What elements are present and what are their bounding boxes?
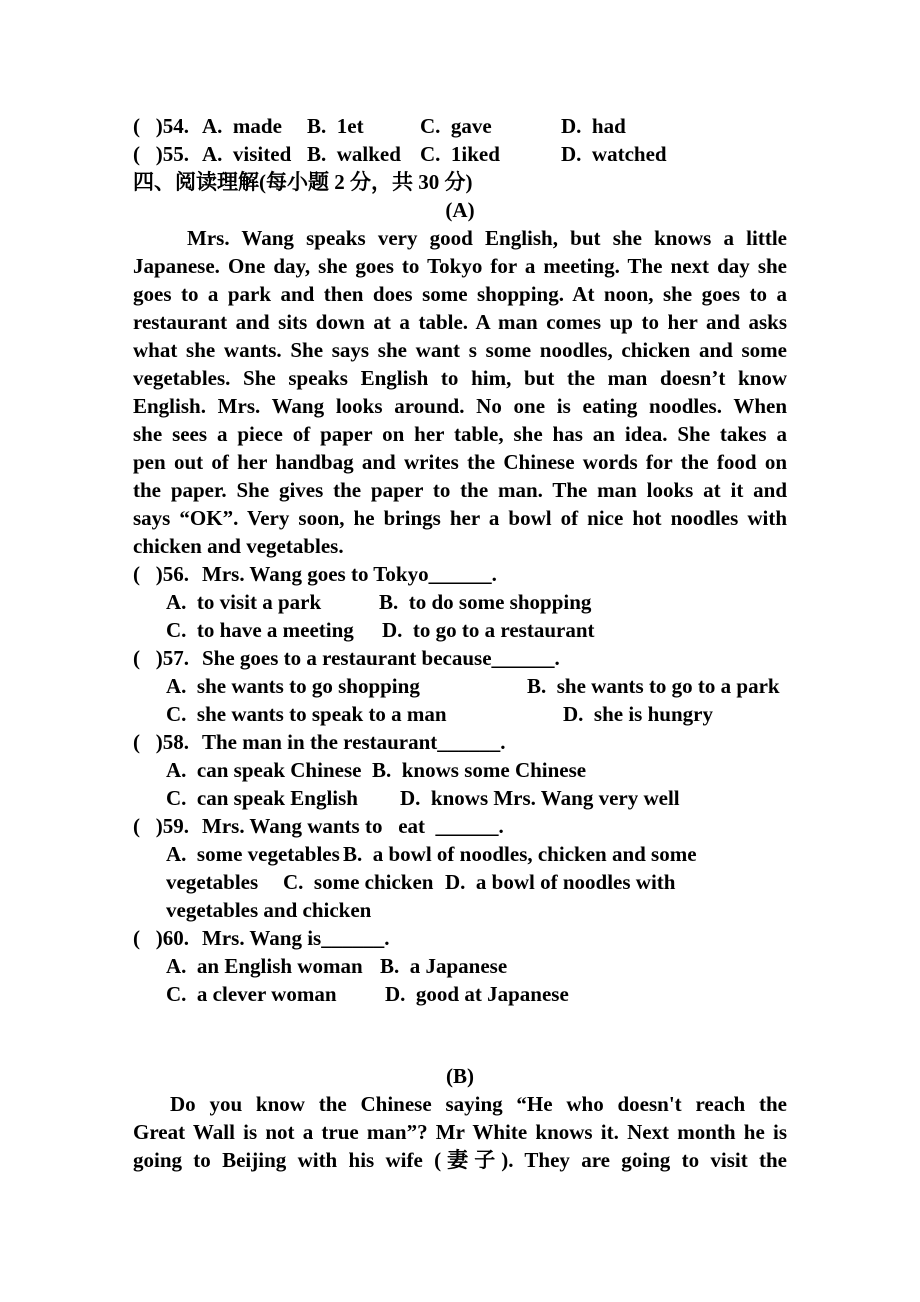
q60-option-b: B. a Japanese xyxy=(380,952,507,980)
q59-option-b-continued: vegetables xyxy=(166,868,258,896)
q59-number: ( )59. xyxy=(133,812,189,840)
q59-options-line3: vegetables and chicken xyxy=(133,896,787,924)
q60-number: ( )60. xyxy=(133,924,189,952)
q56-option-c: C. to have a meeting xyxy=(166,616,354,644)
q59-stem: Mrs. Wang wants to eat ______. xyxy=(202,812,504,840)
q58-options-cd: C. can speak English D. knows Mrs. Wang … xyxy=(133,784,787,812)
q54-option-b: B. 1et xyxy=(307,112,364,140)
passage-b-line: Do you know the Chinese saying “He who d… xyxy=(133,1090,787,1118)
passage-a-line: Japanese. One day, she goes to Tokyo for… xyxy=(133,252,787,280)
q59-option-d: D. a bowl of noodles with xyxy=(445,868,675,896)
passage-a-label: (A) xyxy=(133,196,787,224)
q58-stem: The man in the restaurant______. xyxy=(202,728,506,756)
q58-option-a: A. can speak Chinese xyxy=(166,756,361,784)
passage-a-line: she sees a piece of paper on her table, … xyxy=(133,420,787,448)
q57-options-cd: C. she wants to speak to a man D. she is… xyxy=(133,700,787,728)
q58-option-c: C. can speak English xyxy=(166,784,358,812)
question-56-stem-row: ( )56. Mrs. Wang goes to Tokyo______. xyxy=(133,560,787,588)
q55-option-a: A. visited xyxy=(202,140,291,168)
q55-option-d: D. watched xyxy=(561,140,667,168)
q57-option-a: A. she wants to go shopping xyxy=(166,672,420,700)
passage-a-line: goes to a park and then does some shoppi… xyxy=(133,280,787,308)
q55-option-c: C. 1iked xyxy=(420,140,500,168)
q60-option-d: D. good at Japanese xyxy=(385,980,569,1008)
passage-a-line: Mrs. Wang speaks very good English, but … xyxy=(133,224,787,252)
q57-stem: She goes to a restaurant because______. xyxy=(202,644,560,672)
question-60-stem-row: ( )60. Mrs. Wang is______. xyxy=(133,924,787,952)
q56-stem: Mrs. Wang goes to Tokyo______. xyxy=(202,560,497,588)
q54-number: ( )54. xyxy=(133,112,189,140)
q56-option-d: D. to go to a restaurant xyxy=(382,616,595,644)
question-58-stem-row: ( )58. The man in the restaurant______. xyxy=(133,728,787,756)
q56-number: ( )56. xyxy=(133,560,189,588)
q60-options-ab: A. an English woman B. a Japanese xyxy=(133,952,787,980)
passage-a-line: restaurant and sits down at a table. A m… xyxy=(133,308,787,336)
q60-option-c: C. a clever woman xyxy=(166,980,337,1008)
q57-number: ( )57. xyxy=(133,644,189,672)
q58-option-b: B. knows some Chinese xyxy=(372,756,586,784)
q57-option-d: D. she is hungry xyxy=(563,700,713,728)
q59-option-b: B. a bowl of noodles, chicken and some xyxy=(343,840,697,868)
question-57-stem-row: ( )57. She goes to a restaurant because_… xyxy=(133,644,787,672)
passage-a-line: what she wants. She says she want s some… xyxy=(133,336,787,364)
q59-option-d-continued: vegetables and chicken xyxy=(166,896,371,924)
question-54-row: ( )54. A. made B. 1et C. gave D. had xyxy=(133,112,787,140)
q57-options-ab: A. she wants to go shopping B. she wants… xyxy=(133,672,787,700)
passage-a-line: vegetables. She speaks English to him, b… xyxy=(133,364,787,392)
q56-options-ab: A. to visit a park B. to do some shoppin… xyxy=(133,588,787,616)
q54-option-a: A. made xyxy=(202,112,282,140)
section-4-heading: 四、阅读理解(每小题 2 分，共 30 分) xyxy=(133,168,787,196)
q58-option-d: D. knows Mrs. Wang very well xyxy=(400,784,680,812)
passage-a-line: chicken and vegetables. xyxy=(133,532,787,560)
question-55-row: ( )55. A. visited B. walked C. 1iked D. … xyxy=(133,140,787,168)
q58-options-ab: A. can speak Chinese B. knows some Chine… xyxy=(133,756,787,784)
question-59-stem-row: ( )59. Mrs. Wang wants to eat ______. xyxy=(133,812,787,840)
passage-b-label: (B) xyxy=(133,1062,787,1090)
q56-option-b: B. to do some shopping xyxy=(379,588,591,616)
passage-a-line: pen out of her handbag and writes the Ch… xyxy=(133,448,787,476)
q57-option-b: B. she wants to go to a park xyxy=(527,672,780,700)
q56-options-cd: C. to have a meeting D. to go to a resta… xyxy=(133,616,787,644)
q59-options-line1: A. some vegetables B. a bowl of noodles,… xyxy=(133,840,787,868)
q60-option-a: A. an English woman xyxy=(166,952,363,980)
passage-a-line: says “OK”. Very soon, he brings her a bo… xyxy=(133,504,787,532)
passage-b-line: Great Wall is not a true man”? Mr White … xyxy=(133,1118,787,1146)
q56-option-a: A. to visit a park xyxy=(166,588,321,616)
q58-number: ( )58. xyxy=(133,728,189,756)
q57-option-c: C. she wants to speak to a man xyxy=(166,700,447,728)
document-page: ( )54. A. made B. 1et C. gave D. had ( )… xyxy=(0,0,920,1302)
exam-content: ( )54. A. made B. 1et C. gave D. had ( )… xyxy=(133,112,787,1174)
passage-a-line: English. Mrs. Wang looks around. No one … xyxy=(133,392,787,420)
q60-stem: Mrs. Wang is______. xyxy=(202,924,389,952)
blank-gap xyxy=(133,1008,787,1062)
q59-option-c: C. some chicken xyxy=(283,868,434,896)
passage-a-line: the paper. She gives the paper to the ma… xyxy=(133,476,787,504)
q59-option-a: A. some vegetables xyxy=(166,840,340,868)
q55-number: ( )55. xyxy=(133,140,189,168)
q54-option-c: C. gave xyxy=(420,112,492,140)
q60-options-cd: C. a clever woman D. good at Japanese xyxy=(133,980,787,1008)
q54-option-d: D. had xyxy=(561,112,626,140)
q55-option-b: B. walked xyxy=(307,140,401,168)
q59-options-line2: vegetables C. some chicken D. a bowl of … xyxy=(133,868,787,896)
passage-b-line: going to Beijing with his wife (妻子). The… xyxy=(133,1146,787,1174)
